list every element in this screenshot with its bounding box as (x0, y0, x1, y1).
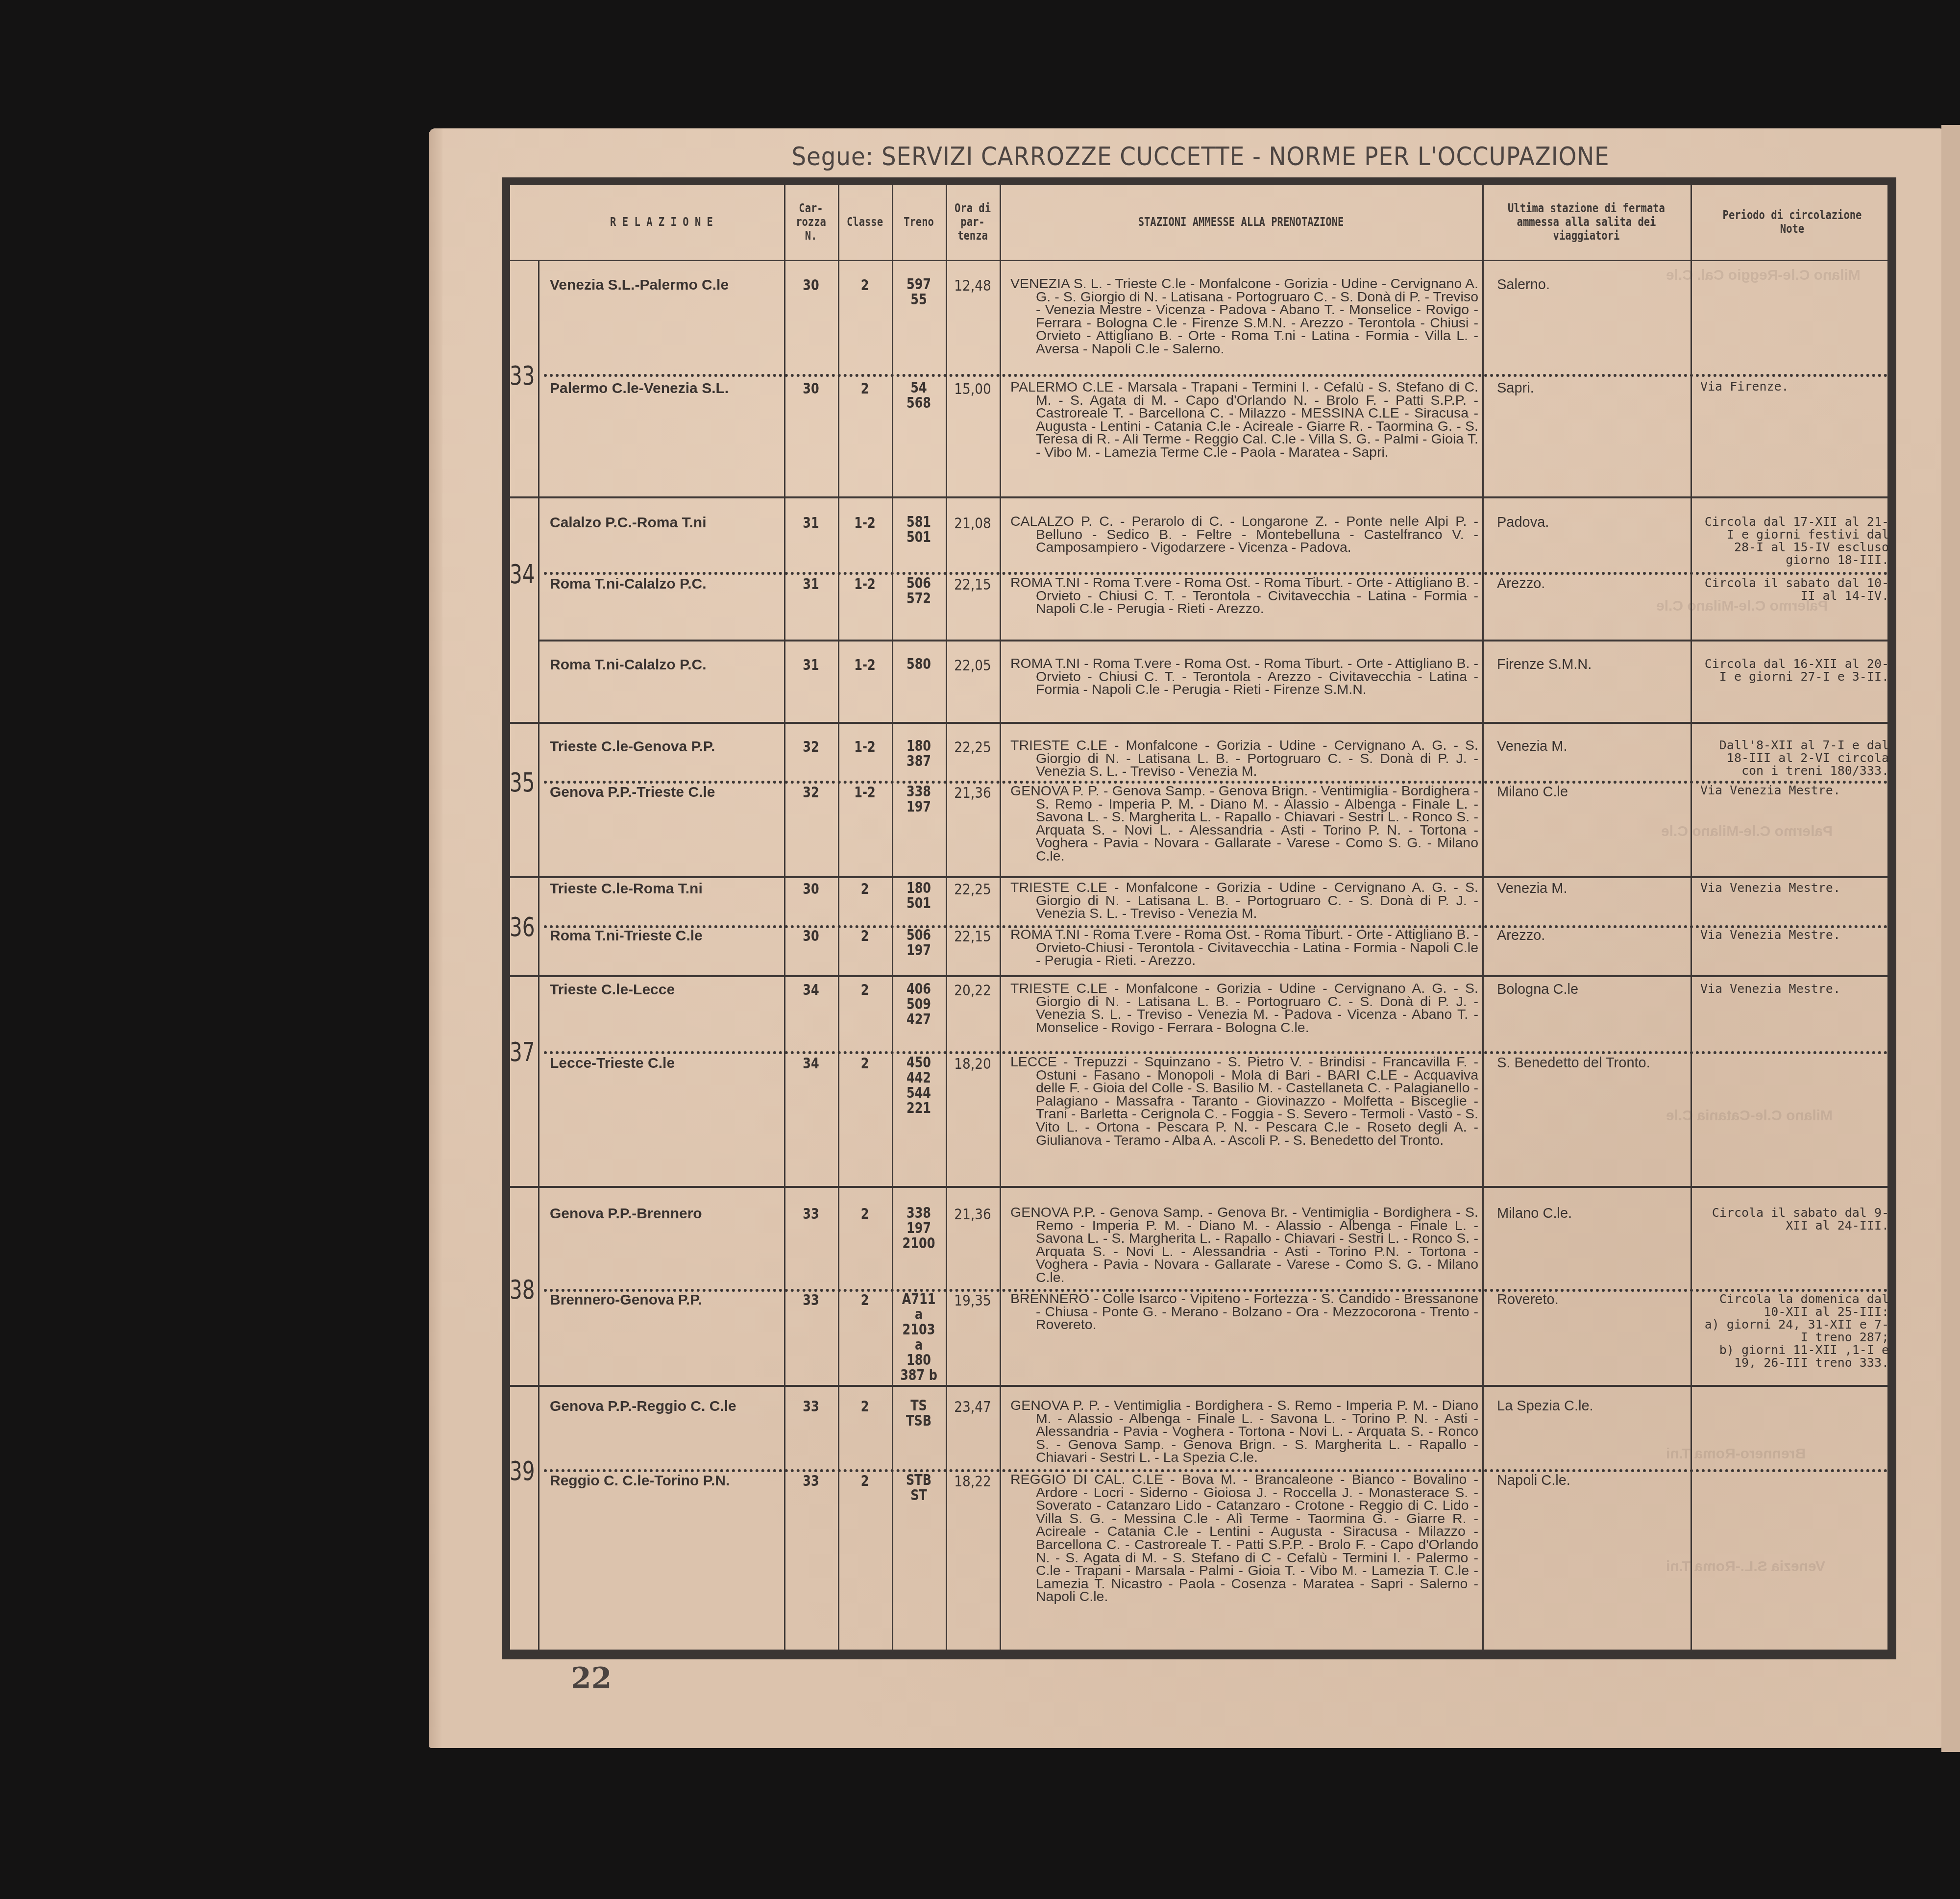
ultima-stazione: Arezzo. (1497, 576, 1688, 592)
relazione: Trieste C.le-Lecce (550, 982, 780, 998)
classe: 2 (843, 380, 886, 397)
periodo-note: Circola il sabato dal 10-II al 14-IV. (1700, 577, 1889, 602)
relazione: Reggio C. C.le-Torino P.N. (550, 1473, 780, 1489)
header-periodo-note: Periodo di circolazione Note (1709, 185, 1875, 259)
header-stazioni: STAZIONI AMMESSE ALLA PRENOTAZIONE (1043, 185, 1439, 259)
group-rule (510, 722, 1888, 724)
group-number: 35 (510, 767, 530, 798)
page-number: 22 (571, 1661, 612, 1696)
ultima-stazione: Sapri. (1497, 380, 1688, 396)
carrozza: 30 (789, 380, 833, 397)
col-rule (538, 260, 539, 1654)
header-treno: Treno (897, 185, 941, 259)
group-number: 39 (510, 1455, 530, 1486)
treno: 338 197 (897, 784, 940, 814)
ora-partenza: 22,15 (950, 576, 996, 593)
periodo-note: Via Venezia Mestre. (1700, 784, 1889, 797)
header-relazione: R E L A Z I O N E (561, 185, 762, 259)
relazione: Brennero-Genova P.P. (550, 1292, 780, 1308)
carrozza: 31 (789, 515, 833, 532)
stazioni: GENOVA P.P. - Genova Samp. - Genova Br. … (1010, 1206, 1478, 1284)
ultima-stazione: Rovereto. (1497, 1292, 1688, 1308)
carrozza: 32 (789, 739, 833, 756)
relazione: Lecce-Trieste C.le (550, 1055, 780, 1072)
group-number: 33 (510, 360, 530, 391)
relazione: Palermo C.le-Venezia S.L. (550, 380, 780, 397)
treno: 338 197 2100 (897, 1206, 940, 1251)
periodo-note: Circola dal 17-XII al 21-I e giorni fest… (1700, 516, 1889, 567)
ora-partenza: 22,25 (950, 881, 996, 898)
periodo-note: Dall'8-XII al 7-I e dal 18-III al 2-VI c… (1700, 739, 1889, 777)
carrozza: 30 (789, 928, 833, 945)
periodo-note: Via Venezia Mestre. (1700, 929, 1889, 941)
treno: 506 197 (897, 928, 940, 958)
col-rule (946, 185, 947, 1654)
classe: 2 (843, 1055, 886, 1072)
relazione: Roma T.ni-Calalzo P.C. (550, 657, 780, 673)
col-rule (784, 185, 785, 1654)
ultima-stazione: Milano C.le. (1497, 1206, 1688, 1222)
relazione: Trieste C.le-Roma T.ni (550, 881, 780, 897)
row-rule (539, 640, 1888, 641)
relazione: Roma T.ni-Calalzo P.C. (550, 576, 780, 592)
classe: 1-2 (843, 515, 886, 532)
carrozza: 31 (789, 576, 833, 593)
classe: 2 (843, 1398, 886, 1415)
ora-partenza: 20,22 (950, 982, 996, 999)
ultima-stazione: Firenze S.M.N. (1497, 657, 1688, 673)
ora-partenza: 18,22 (950, 1473, 996, 1490)
periodo-note: Via Firenze. (1700, 380, 1889, 393)
ora-partenza: 19,35 (950, 1292, 996, 1309)
stazioni: CALALZO P. C. - Perarolo di C. - Longaro… (1010, 515, 1478, 554)
carrozza: 33 (789, 1473, 833, 1490)
treno: 54 568 (897, 380, 940, 411)
ora-partenza: 18,20 (950, 1055, 996, 1073)
ora-partenza: 23,47 (950, 1398, 996, 1416)
col-rule (1690, 185, 1692, 1654)
group-rule (510, 496, 1888, 498)
ora-partenza: 21,36 (950, 784, 996, 802)
stazioni: GENOVA P. P. - Genova Samp. - Genova Bri… (1010, 785, 1478, 863)
classe: 2 (843, 881, 886, 898)
carrozza: 34 (789, 982, 833, 999)
table-bottom-rule (502, 1652, 1896, 1659)
stazioni: ROMA T.NI - Roma T.vere - Roma Ost. - Ro… (1010, 928, 1478, 967)
classe: 2 (843, 1292, 886, 1309)
group-number: 36 (510, 912, 530, 942)
relazione: Roma T.ni-Trieste C.le (550, 928, 780, 944)
ora-partenza: 21,08 (950, 515, 996, 532)
header-classe: Classe (843, 185, 887, 259)
col-rule (892, 185, 893, 1654)
facing-page-strip (1941, 125, 1960, 1752)
carrozza: 30 (789, 277, 833, 294)
classe: 2 (843, 982, 886, 999)
treno: TS TSB (897, 1398, 940, 1429)
classe: 1-2 (843, 576, 886, 593)
stazioni: LECCE - Trepuzzi - Squinzano - S. Pietro… (1010, 1056, 1478, 1147)
ora-partenza: 21,36 (950, 1206, 996, 1223)
ora-partenza: 22,25 (950, 739, 996, 756)
header-ultima-stazione: Ultima stazione di fermata ammessa alla … (1501, 185, 1672, 259)
header-rule (510, 260, 1888, 261)
ora-partenza: 22,15 (950, 928, 996, 945)
classe: 2 (843, 1473, 886, 1490)
stazioni: REGGIO DI CAL. C.LE - Bova M. - Brancale… (1010, 1473, 1478, 1603)
ora-partenza: 15,00 (950, 380, 996, 398)
treno: 597 55 (897, 277, 940, 307)
classe: 2 (843, 1206, 886, 1223)
classe: 1-2 (843, 784, 886, 801)
ultima-stazione: La Spezia C.le. (1497, 1398, 1688, 1414)
periodo-note: Via Venezia Mestre. (1700, 882, 1889, 894)
classe: 2 (843, 277, 886, 294)
group-number: 34 (510, 559, 530, 590)
periodo-note: Circola il sabato dal 9-XII al 24-III. (1700, 1207, 1889, 1232)
ultima-stazione: Padova. (1497, 515, 1688, 531)
carrozza: 33 (789, 1398, 833, 1415)
carrozza: 30 (789, 881, 833, 898)
col-rule (1000, 185, 1001, 1654)
relazione: Trieste C.le-Genova P.P. (550, 739, 780, 755)
group-rule (510, 1186, 1888, 1188)
col-rule (1482, 185, 1484, 1654)
periodo-note: Circola la domenica dal 10-XII al 25-III… (1700, 1293, 1889, 1369)
treno: 180 387 (897, 739, 940, 769)
treno: A711 a 2103 a 180 387 b (897, 1292, 940, 1383)
ultima-stazione: Arezzo. (1497, 928, 1688, 944)
stazioni: ROMA T.NI - Roma T.vere - Roma Ost. - Ro… (1010, 657, 1478, 696)
stazioni: PALERMO C.LE - Marsala - Trapani - Termi… (1010, 381, 1478, 459)
treno: 581 501 (897, 515, 940, 545)
classe: 2 (843, 928, 886, 945)
treno: 406 509 427 (897, 982, 940, 1027)
stazioni: TRIESTE C.LE - Monfalcone - Gorizia - Ud… (1010, 739, 1478, 778)
treno: 180 501 (897, 881, 940, 911)
stazioni: TRIESTE C.LE - Monfalcone - Gorizia - Ud… (1010, 982, 1478, 1034)
group-rule (510, 876, 1888, 878)
page-edge (429, 128, 442, 1748)
carrozza: 31 (789, 657, 833, 674)
ultima-stazione: Venezia M. (1497, 881, 1688, 897)
treno: STB ST (897, 1473, 940, 1503)
ultima-stazione: Salerno. (1497, 277, 1688, 293)
treno: 506 572 (897, 576, 940, 606)
header-ora-partenza: Ora di par- tenza (951, 185, 995, 259)
relazione: Genova P.P.-Brennero (550, 1206, 780, 1222)
group-rule (510, 1385, 1888, 1387)
classe: 1-2 (843, 739, 886, 756)
dotted-rule (544, 374, 1888, 377)
ultima-stazione: Venezia M. (1497, 739, 1688, 755)
stazioni: BRENNERO - Colle Isarco - Vipiteno - For… (1010, 1292, 1478, 1332)
col-rule (838, 185, 839, 1654)
ora-partenza: 22,05 (950, 657, 996, 674)
group-rule (510, 975, 1888, 977)
ora-partenza: 12,48 (950, 277, 996, 295)
ultima-stazione: S. Benedetto del Tronto. (1497, 1055, 1688, 1071)
carrozza: 33 (789, 1292, 833, 1309)
carrozza: 33 (789, 1206, 833, 1223)
classe: 1-2 (843, 657, 886, 674)
treno: 450 442 544 221 (897, 1055, 940, 1116)
relazione: Venezia S.L.-Palermo C.le (550, 277, 780, 294)
page-title: Segue: SERVIZI CARROZZE CUCCETTE - NORME… (561, 142, 1840, 172)
stazioni: VENEZIA S. L. - Trieste C.le - Monfalcon… (1010, 277, 1478, 356)
carrozza: 34 (789, 1055, 833, 1072)
header-carrozza: Car- rozza N. (789, 185, 833, 259)
group-number: 38 (510, 1274, 530, 1305)
relazione: Calalzo P.C.-Roma T.ni (550, 515, 780, 531)
stazioni: GENOVA P. P. - Ventimiglia - Bordighera … (1010, 1399, 1478, 1464)
relazione: Genova P.P.-Reggio C. C.le (550, 1398, 780, 1415)
periodo-note: Via Venezia Mestre. (1700, 983, 1889, 995)
stazioni: ROMA T.NI - Roma T.vere - Roma Ost. - Ro… (1010, 576, 1478, 616)
periodo-note: Circola dal 16-XII al 20-I e giorni 27-I… (1700, 658, 1889, 683)
ultima-stazione: Napoli C.le. (1497, 1473, 1688, 1489)
ultima-stazione: Milano C.le (1497, 784, 1688, 800)
stazioni: TRIESTE C.LE - Monfalcone - Gorizia - Ud… (1010, 881, 1478, 920)
group-number: 37 (510, 1036, 530, 1067)
relazione: Genova P.P.-Trieste C.le (550, 784, 780, 801)
ultima-stazione: Bologna C.le (1497, 982, 1688, 998)
carrozza: 32 (789, 784, 833, 801)
treno: 580 (897, 657, 940, 672)
